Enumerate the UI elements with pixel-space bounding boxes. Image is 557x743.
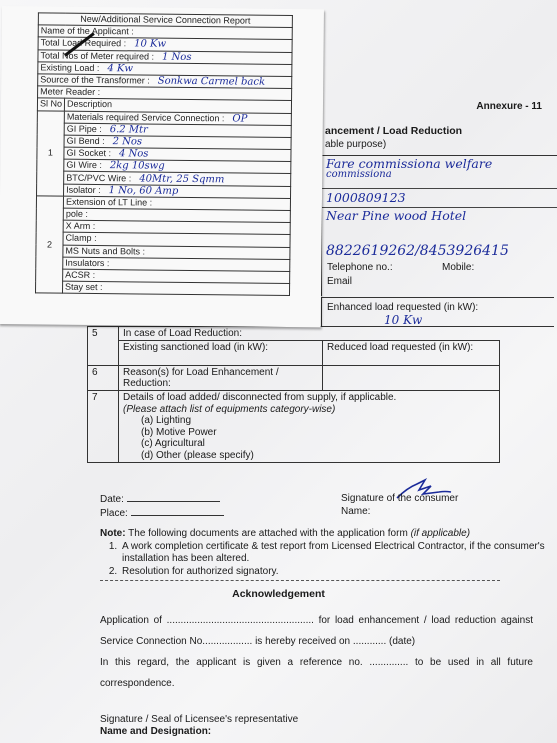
reason-value [323, 366, 500, 391]
applicant-details-box: Fare commissiona welfare commissiona 100… [321, 155, 557, 296]
note-list: A work completion certificate & test rep… [100, 541, 550, 579]
report-table: New/Additional Service Connection Report… [35, 12, 293, 296]
table-row: 5 In case of Load Reduction: [88, 327, 500, 341]
licensee-signature-block: Signature / Seal of Licensee's represent… [100, 714, 298, 738]
acknowledgement-para2: In this regard, the applicant is given a… [100, 652, 533, 694]
note-section: Note: The following documents are attach… [100, 528, 550, 578]
reduced-load-label: Reduced load requested (in kW): [323, 341, 500, 366]
service-connection-no: 1000809123 [326, 190, 406, 205]
applicant-name-field: Fare commissiona welfare commissiona [322, 156, 557, 189]
service-connection-field: 1000809123 [322, 188, 557, 208]
option-other: (d) Other (please specify) [123, 450, 495, 462]
note-text: The following documents are attached wit… [128, 528, 408, 539]
note-item: A work completion certificate & test rep… [120, 541, 550, 566]
mobile-label: Mobile: [442, 262, 474, 273]
reason-label: Reason(s) for Load Enhancement / Reducti… [119, 366, 323, 391]
lt-line-item: Stay set : [63, 281, 290, 296]
consumer-signature-block: Signature of the consumer Name: [341, 492, 458, 518]
col-slno: Sl No [37, 98, 64, 110]
acknowledgement-body: Application of .........................… [100, 610, 533, 694]
telephone-label: Telephone no.: [327, 262, 393, 273]
place-line [131, 506, 224, 516]
enhanced-load-field: Enhanced load requested (in kW): 10 Kw [321, 297, 554, 327]
signature-label: Signature of the consumer [341, 492, 458, 505]
existing-sanctioned-load-label: Existing sanctioned load (in kW): [119, 341, 323, 366]
form-subtitle: able purpose) [325, 139, 386, 150]
enhanced-load-label: Enhanced load requested (in kW): [327, 302, 478, 313]
table-row: 7 Details of load added/ disconnected fr… [88, 391, 500, 463]
group-2-slno: 2 [35, 196, 63, 294]
address-field: Near Pine wood Hotel 8822619262/84539264… [322, 207, 557, 269]
note-item: Resolution for authorized signatory. [120, 566, 550, 579]
date-label: Date: [100, 494, 124, 505]
load-details-label: Details of load added/ disconnected from… [123, 392, 495, 404]
email-label: Email [327, 276, 352, 287]
name-label: Name: [341, 505, 458, 518]
form-table: 5 In case of Load Reduction: Existing sa… [87, 326, 500, 463]
row-number: 5 [88, 327, 119, 366]
annexure-label: Annexure - 11 [476, 101, 542, 112]
name-designation-label: Name and Designation: [100, 726, 211, 737]
note-prefix: Note: [100, 528, 126, 539]
address-value: Near Pine wood Hotel [326, 208, 466, 223]
table-row: Existing sanctioned load (in kW): Reduce… [88, 341, 500, 366]
form-title: ancement / Load Reduction [325, 125, 462, 137]
option-lighting: (a) Lighting [123, 415, 495, 427]
row-number: 7 [88, 391, 119, 463]
cut-line [100, 580, 500, 581]
load-details-cell: Details of load added/ disconnected from… [119, 391, 500, 463]
place-label: Place: [100, 508, 128, 519]
enhanced-load-value: 10 Kw [384, 313, 422, 327]
option-agricultural: (c) Agricultural [123, 438, 495, 450]
load-details-note: (Please attach list of equipments catego… [123, 404, 495, 416]
option-motive-power: (b) Motive Power [123, 427, 495, 439]
acknowledgement-para1: Application of .........................… [100, 610, 533, 652]
row-label: In case of Load Reduction: [119, 327, 500, 341]
date-line [127, 492, 220, 502]
applicant-name-line2: commissiona [326, 169, 392, 180]
note-suffix: (if applicable) [411, 528, 470, 539]
service-connection-report: New/Additional Service Connection Report… [0, 6, 324, 327]
table-row: 6 Reason(s) for Load Enhancement / Reduc… [88, 366, 500, 391]
signature-seal-label: Signature / Seal of Licensee's represent… [100, 714, 298, 726]
group-1-slno: 1 [37, 110, 65, 196]
date-place-block: Date: Place: [100, 492, 224, 520]
phone-value: 8822619262/8453926415 [326, 243, 509, 259]
acknowledgement-title: Acknowledgement [0, 588, 557, 600]
row-number: 6 [88, 366, 119, 391]
scanned-document: Annexure - 11 ancement / Load Reduction … [0, 0, 557, 743]
